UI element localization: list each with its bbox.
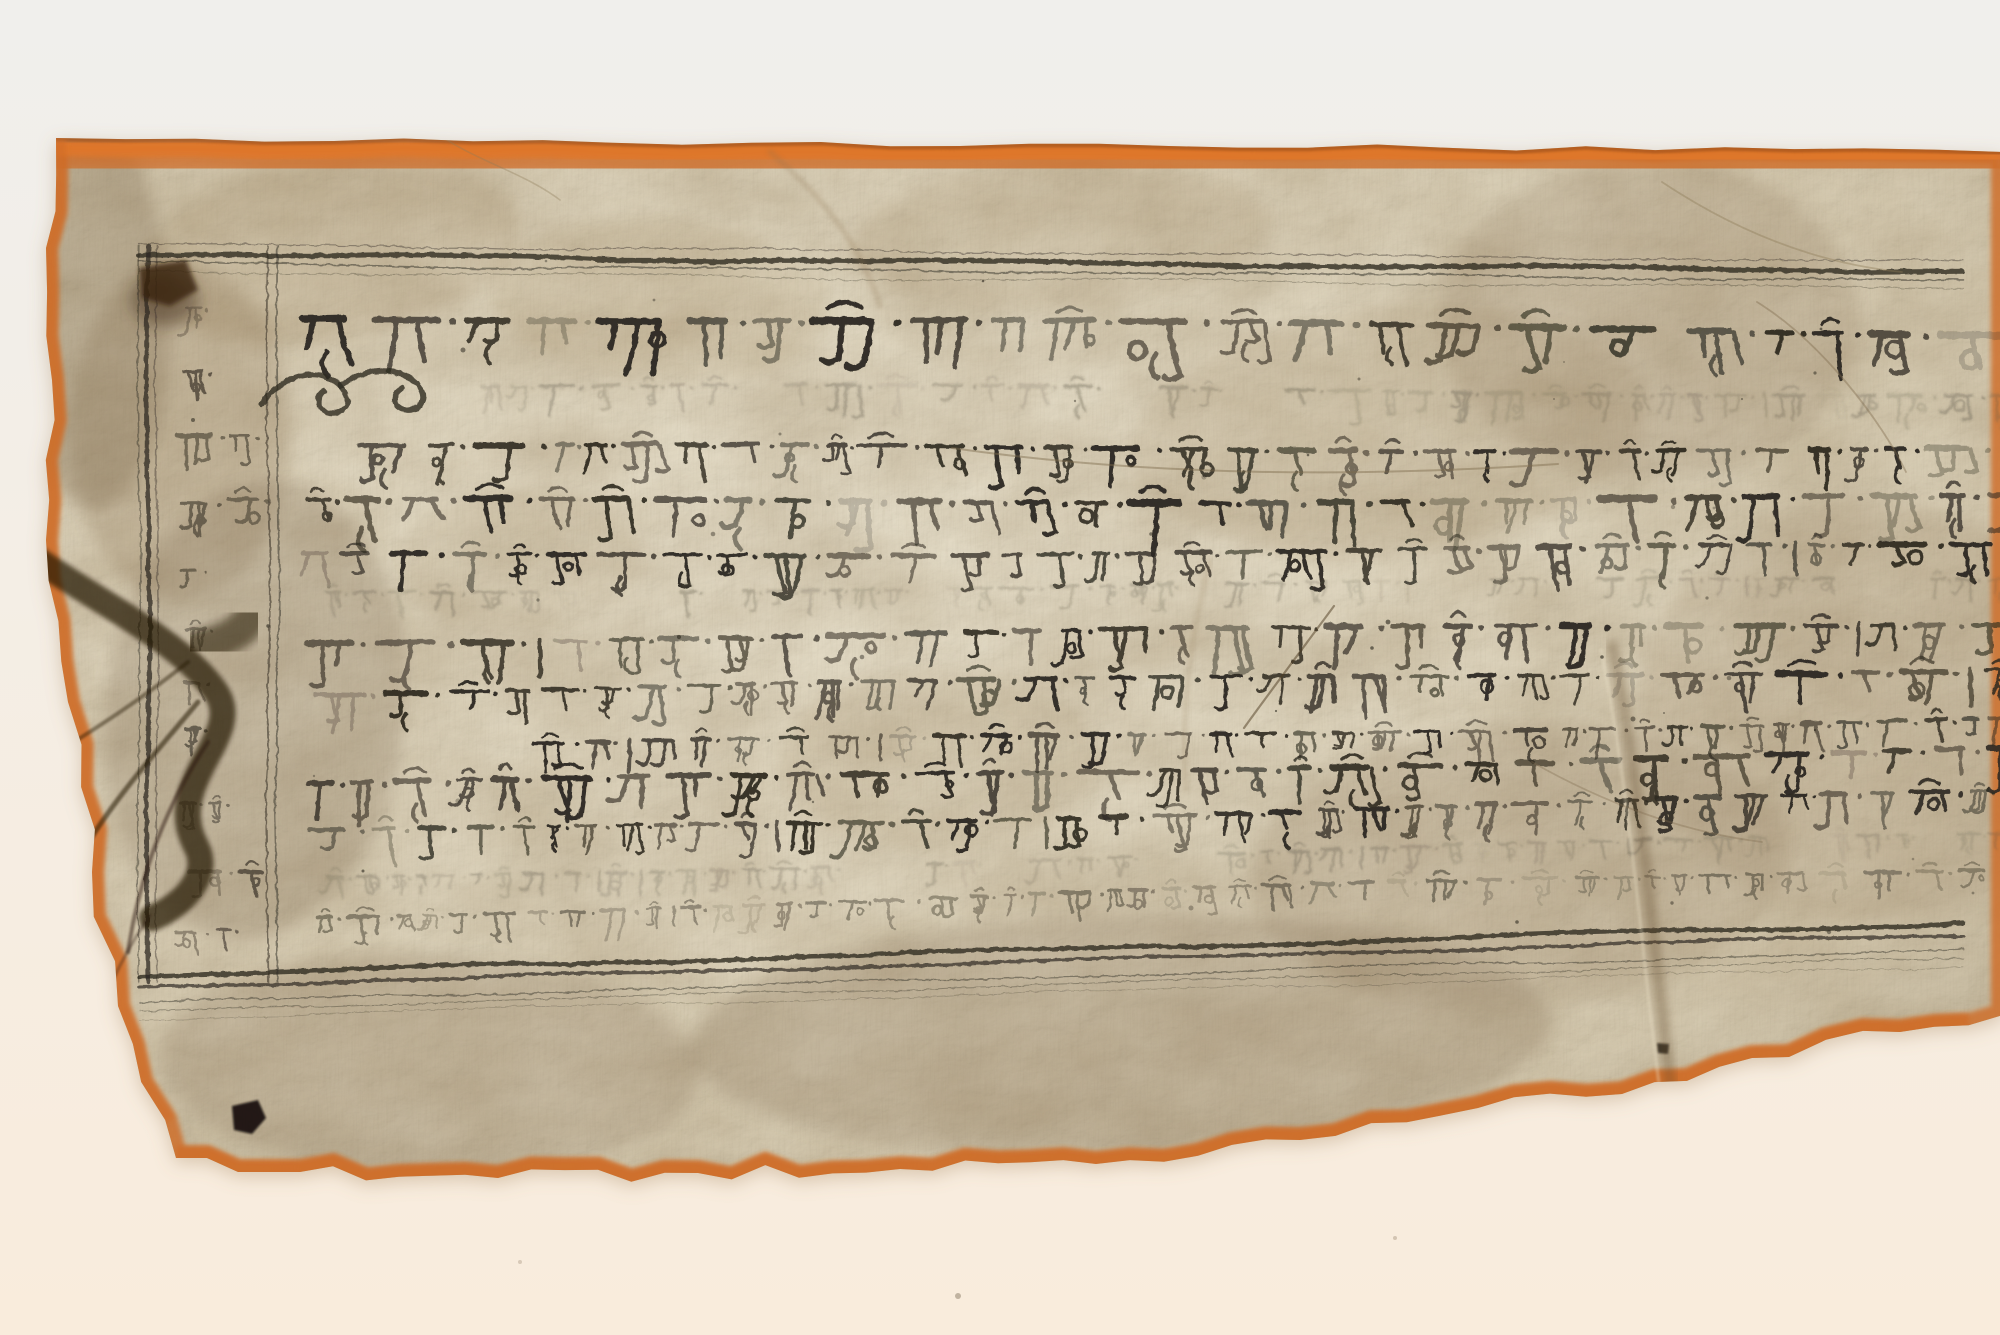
photograph-of-manuscript: [0, 0, 2000, 1335]
manuscript-scene: [0, 0, 2000, 1335]
